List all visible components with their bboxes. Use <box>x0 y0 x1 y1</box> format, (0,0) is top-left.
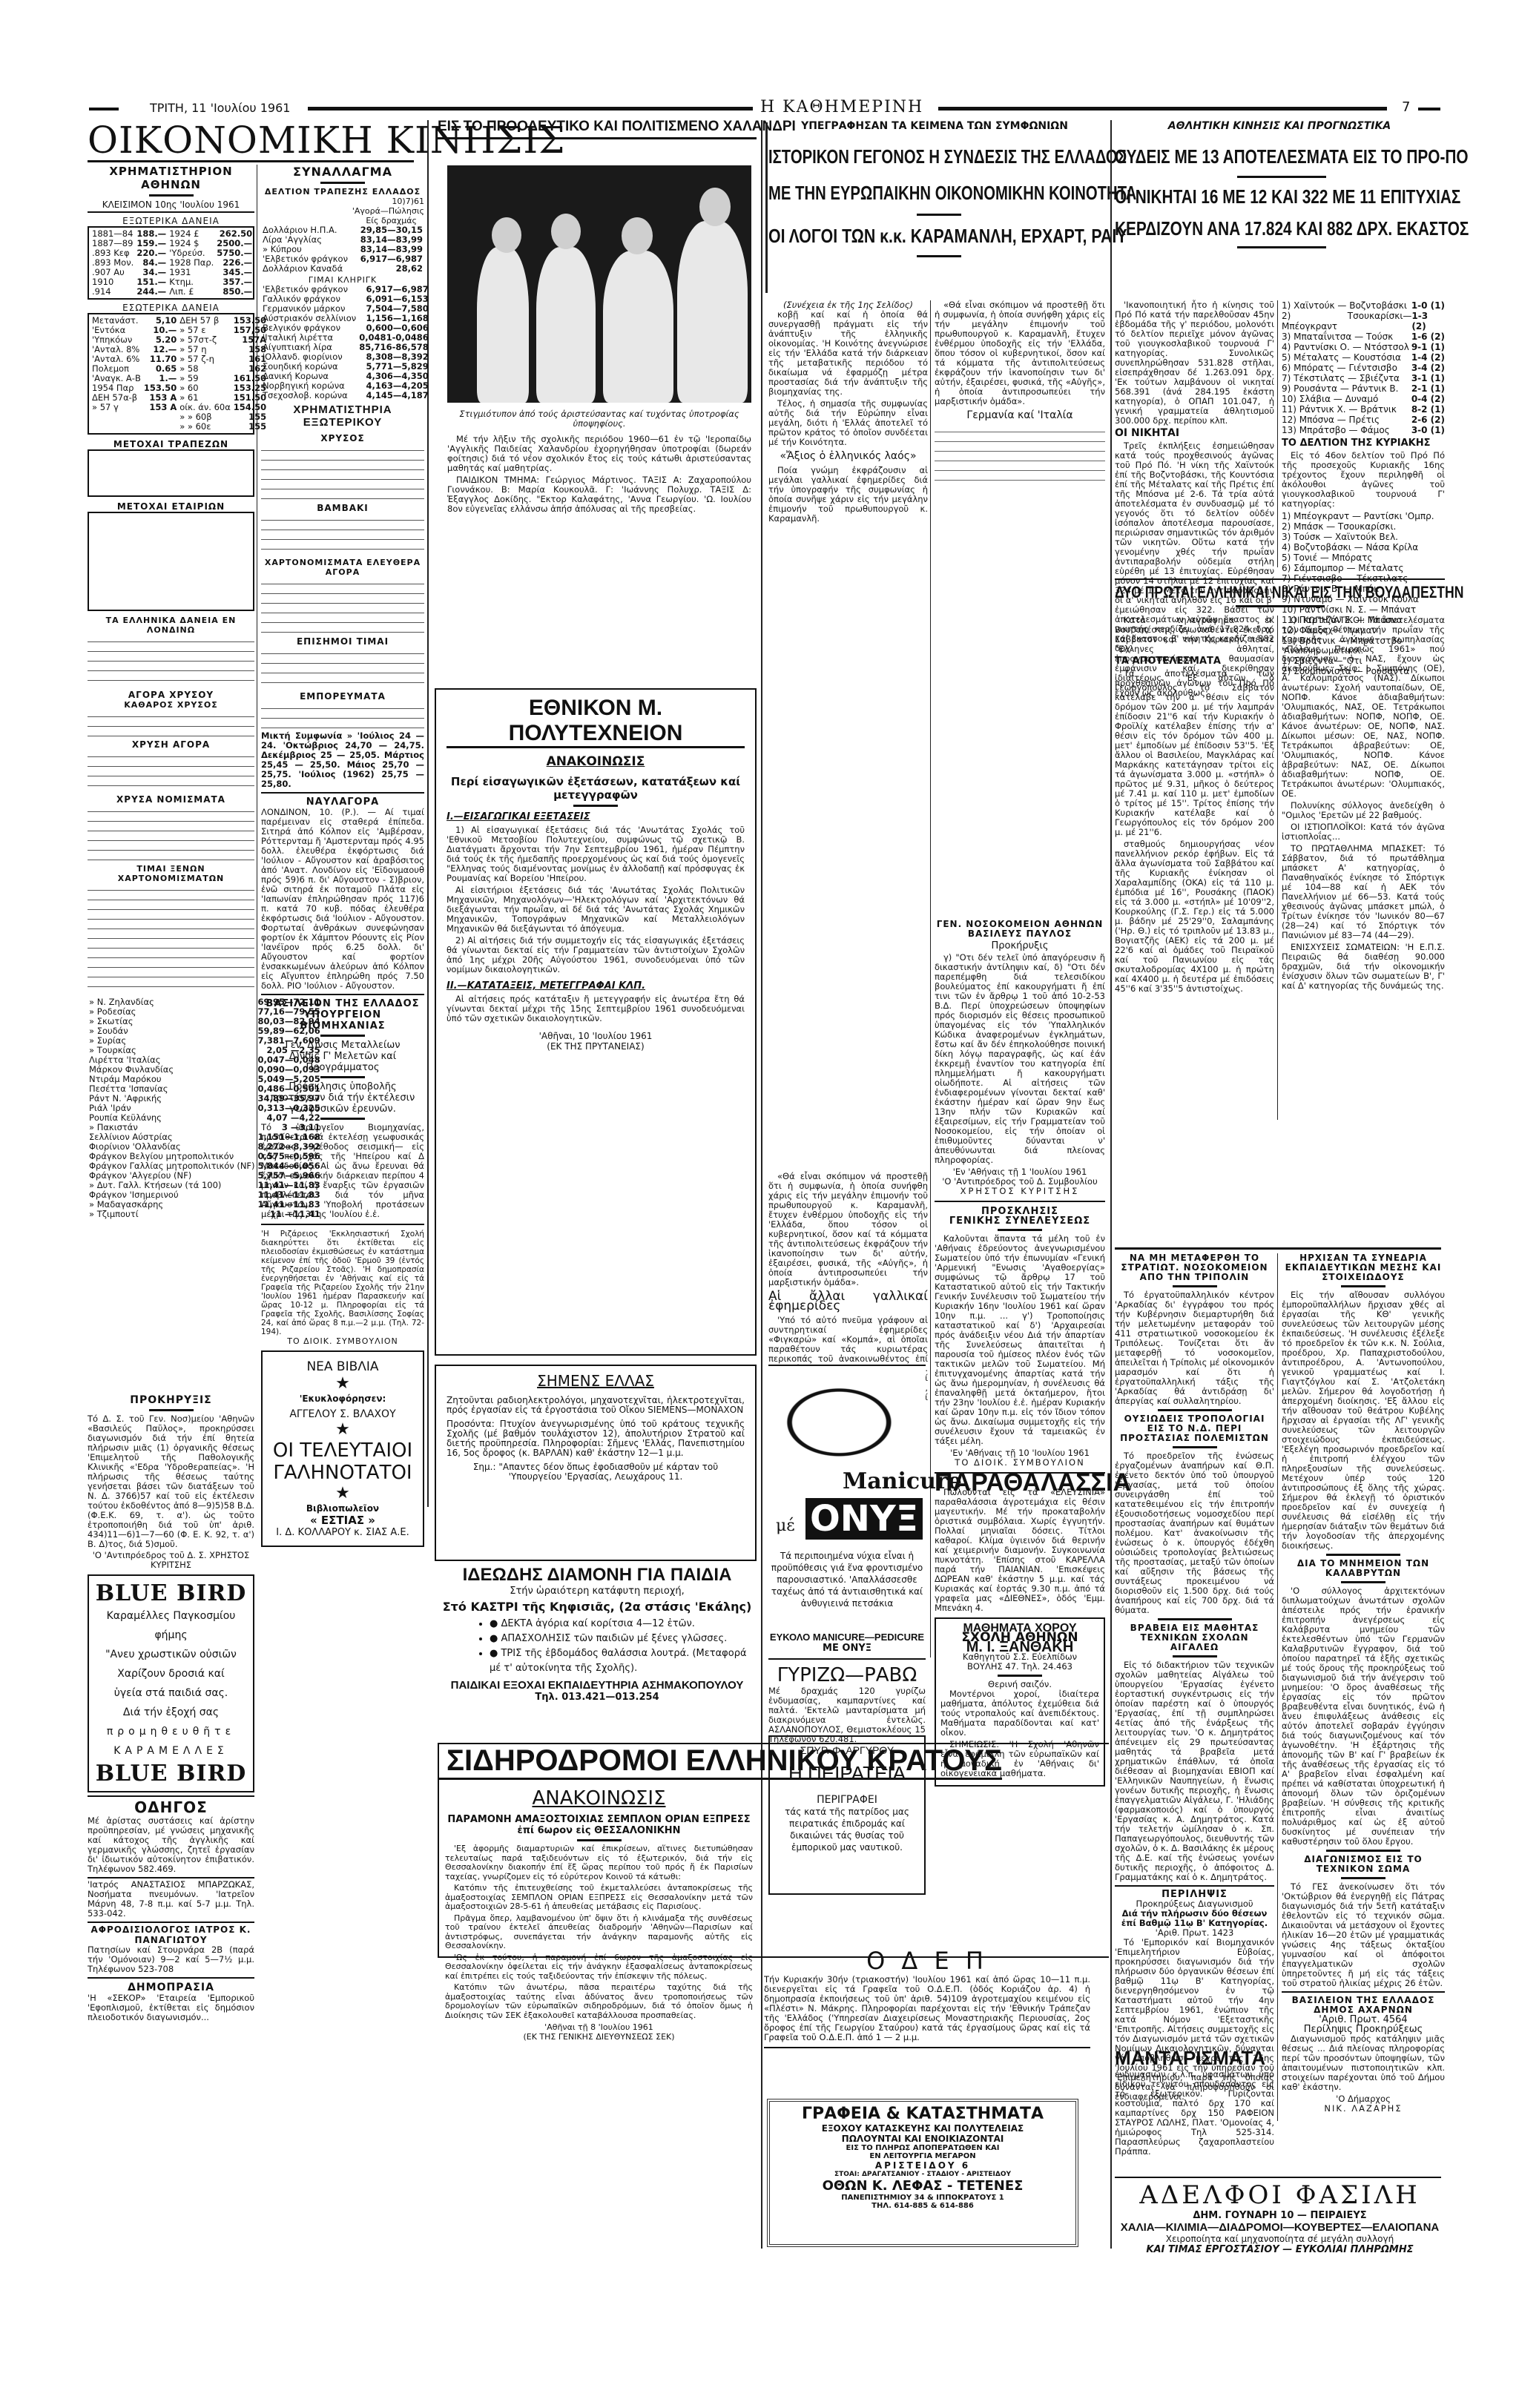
treaty-para-4: «Θά εἶναι σκόπιμον νά προστεθῇ ὅτι ἡ συμ… <box>935 300 1105 406</box>
railways-para-4: 'Ως ἐκ τούτου, ἡ παραμονή ἐπί 6ωρον τῆς … <box>445 1953 753 1982</box>
bluebird-line: "Ανευ χρωστικῶν οὐσιῶν <box>92 1645 250 1664</box>
right-lower-left: ΝΑ ΜΗ ΜΕΤΑΦΕΡΘΗ ΤΟ ΣΤΡΑΤΙΩΤ. ΝΟΣΟΚΟΜΕΙΟΝ… <box>1115 1253 1274 2104</box>
polytechnic-signature: (ΕΚ ΤΗΣ ΠΡΥΤΑΝΕΙΑΣ) <box>447 1041 745 1052</box>
proclamation-signature: 'Ο 'Αντιπρόεδρος τοῦ Δ. Σ. ΧΡΗΣΤΟΣ ΚΥΡΙΤ… <box>88 1551 254 1570</box>
treaty-headline-1: ΙΣΤΟΡΙΚΟΝ ΓΕΓΟΝΟΣ Η ΣΥΝΔΕΣΙΣ ΤΗΣ ΕΛΛΑΔΟΣ <box>768 145 1035 168</box>
table-row: Δολλάριον Καναδά28,62 <box>261 264 424 274</box>
treaty-quote: «Θά εἶναι σκόπιμον νά προστεθῇ ὅτι ἡ συμ… <box>768 1172 928 1287</box>
match-result: 6) Μπόρατς — Γιέντσισβο3-4 (2) <box>1282 363 1445 373</box>
seaside-body: Πωλοῦνται εἰς τά «ΕΛΕΥΣΙΝΙΑ» παραθαλάσσι… <box>935 1488 1105 1613</box>
club-subsidies: ΕΝΙΣΧΥΣΕΙΣ ΣΩΜΑΤΕΙΩΝ: 'Η Ε.Π.Σ. Πειραιῶς… <box>1282 943 1445 991</box>
polytechnic-para-2: Αἱ εἰσιτήριοι ἐξετάσεις διά τάς 'Ανωτάτα… <box>447 885 745 934</box>
fasili-footer: ΚΑΙ ΤΙΜΑΣ ΕΡΓΟΣΤΑΣΙΟΥ — ΕΥΚΟΛΙΑΙ ΠΛΗΡΩΜΗ… <box>1115 2244 1445 2255</box>
sailing-results: ΟΙ ΙΣΤΙΟΠΛΟΪΚΟΙ: Κατά τόν ἀγῶνα ἱστιοπλο… <box>1282 822 1445 842</box>
polytechnic-title: ΕΘΝΙΚΟΝ Μ. ΠΟΛΥΤΕΧΝΕΙΟΝ <box>447 696 745 748</box>
book-title-line-1: ΟΙ ΤΕΛΕΥΤΑΙΟΙ <box>266 1439 420 1462</box>
closing-date: ΚΛΕΙΣΙΜΟΝ 10ης 'Ιουλίου 1961 <box>88 199 254 213</box>
budapest-headline: ΔΥΟ ΠΡΩΤΑΙ ΕΛΛΗΝΙΚΑΙ ΝΙΚΑΙ ΕΙΣ ΤΗΝ ΒΟΥΔΑ… <box>1115 583 1379 602</box>
treaty-para-1: κοβῇ καί καί ἡ ὁποία θά συνεργασθῇ πράγμ… <box>768 310 928 397</box>
match-result: 11) Ράντνικ Χ. — Βράτνικ8-2 (1) <box>1282 404 1445 415</box>
treaty-headline-2: ΜΕ ΤΗΝ ΕΥΡΩΠΑΙΚΗΝ ΟΙΚΟΝΟΜΙΚΗΝ ΚΟΙΝΟΤΗΤΑ <box>768 182 1035 205</box>
ministry-title: ΥΠΟΥΡΓΕΙΟΝ ΒΙΟΜΗΧΑΝΙΑΣ <box>261 1009 424 1032</box>
treaty-subhead-germany: Γερμανία καί 'Ιταλία <box>935 411 1105 420</box>
siemens-para-2: Προσόντα: Πτυχίον ἀνεγνωρισμένης ὑπό τοῦ… <box>447 1419 745 1458</box>
polytechnic-para-1: 1) Αἱ εἰσαγωγικαί ἐξετάσεις διά τάς 'Ανω… <box>447 825 745 883</box>
book-author: ΑΓΓΕΛΟΥ Σ. ΒΛΑΧΟΥ <box>266 1408 420 1420</box>
chalandri-photo <box>447 165 751 403</box>
camp-feature: ΑΠΑΣΧΟΛΗΣΙΣ τῶν παιδιῶν μέ ξένες γλῶσσες… <box>490 1632 757 1646</box>
hospital-body: γ) "Οτι δέν τελεῖ ὑπό ἀπαγόρευσιν ἤ δικα… <box>935 953 1105 1165</box>
coupon-match: 5) Τονιέ — Μπόρατς <box>1282 552 1445 563</box>
camp-features: ΔΕΚΤΑ ἀγόρια καί κορίτσια 4—12 ἐτῶν.ΑΠΑΣ… <box>438 1617 757 1676</box>
chalandri-names: ΠΑΙΔΙΚΟΝ ΤΜΗΜΑ: Γεώργιος Μάρτινος. ΤΑΞΙΣ… <box>447 475 751 514</box>
internal-loans-title: ΕΣΩΤΕΡΙΚΑ ΔΑΝΕΙΑ <box>88 303 254 313</box>
tech-corps-body: Τό ΓΕΣ ἀνεκοίνωσεν ὅτι τόν 'Οκτώβριον θά… <box>1282 1882 1445 1988</box>
hospital-signatory-name: ΧΡΗΣΤΟΣ ΚΥΡΙΤΣΗΣ <box>935 1187 1105 1196</box>
camp-feature: ΤΡΙΣ τῆς ἑβδομάδος θαλάσσια λουτρά. (Μετ… <box>490 1646 757 1676</box>
bluebird-line: προμηθευθῆτε <box>92 1722 250 1741</box>
polytechnic-date: 'Αθῆναι, 10 'Ιουλίου 1961 <box>447 1031 745 1041</box>
children-camp-ad: ΙΔΕΩΔΗΣ ΔΙΑΜΟΝΗ ΓΙΑ ΠΑΙΔΙΑ Στήν ὡραιότερ… <box>438 1565 757 1703</box>
mantarismata-title: ΜΑΝΤΑΡΙΣΜΑΤΑ <box>1115 2047 1274 2070</box>
bluebird-line: Διά τήν ἐξοχή σας <box>92 1703 250 1722</box>
railways-para-2: Κατόπιν τῆς ἐπιτευχθείσης τοῦ ἐκμεταλλεύ… <box>445 1884 753 1912</box>
offices-contact-address: ΠΑΝΕΠΙΣΤΗΜΙΟΥ 34 & ΙΠΠΟΚΡΑΤΟΥΣ 1 <box>773 2194 1072 2202</box>
manicure-body: Τά περιποιημένα νύχια εἶναι ἡ προϋπόθεσι… <box>768 1550 926 1609</box>
propo-intro: 'Ικανοποιητική ἦτο ἡ κίνησις τοῦ Πρό Πό … <box>1115 300 1274 426</box>
coupon-match: 6) Σάμπομπορ — Μέταλατς <box>1282 563 1445 573</box>
pure-gold-title: ΚΑΘΑΡΟΣ ΧΡΥΣΟΣ <box>88 700 254 710</box>
sports-headline-2: ΟΙ ΝΙΚΗΤΑΙ 16 ΜΕ 12 ΚΑΙ 322 ΜΕ 11 ΕΠΙΤΥΧ… <box>1115 185 1382 208</box>
tailor-title: ΓΥΡΙΖΩ—ΡΑΒΩ <box>768 1664 926 1686</box>
polytechnic-section-1: Ι.—ΕΙΣΑΓΩΓΙΚΑΙ ΕΞΕΤΑΣΕΙΣ <box>447 811 745 822</box>
offices-line-3: ΕΙΣ ΤΟ ΠΛΗΡΩΣ ΑΠΟΠΕΡΑΤΩΘΕΝ ΚΑΙ <box>773 2144 1072 2152</box>
auction-title: ΔΗΜΟΠΡΑΣΙΑ <box>88 1982 254 1993</box>
proclamation-body: Τό Δ. Σ. τοῦ Γεν. Νοσ)μείου 'Αθηνῶν «Βασ… <box>88 1414 254 1549</box>
fasili-title: ΑΔΕΛΦΟΙ ΦΑΣΙΛΗ <box>1115 2180 1445 2210</box>
match-results-list: 1) Χαϊντούκ — Βοζντοβάσκι1-0 (1)2) Τσουκ… <box>1282 300 1445 435</box>
right-lower-right: ΗΡΧΙΣΑΝ ΤΑ ΣΥΝΕΔΡΙΑ ΕΚΠΑΙΔΕΥΤΙΚΩΝ ΜΕΣΗΣ … <box>1282 1253 1445 2114</box>
piracy-body: τάς κατά τῆς πατρίδος μας πειρατικάς ἐπι… <box>774 1806 920 1853</box>
hospital-notice: ΓΕΝ. ΝΟΣΟΚΟΜΕΙΟΝ ΑΘΗΝΩΝ ΒΑΣΙΛΕΥΣ ΠΑΥΛΟΣ … <box>935 920 1105 1787</box>
new-books-ad: ΝΕΑ ΒΙΒΛΙΑ ★ 'Εκυκλοφόρησεν: ΑΓΓΕΛΟΥ Σ. … <box>261 1350 424 1547</box>
memorial-title: ΔΙΑ ΤΟ ΜΝΗΜΕΙΟΝ ΤΩΝ ΚΑΛΑΒΡΥΤΩΝ <box>1282 1559 1445 1578</box>
treaty-body-2: «Θά εἶναι σκόπιμον νά προστεθῇ ὅτι ἡ συμ… <box>935 300 1105 484</box>
bluebird-line: Χαρίζουν δροσιά καί <box>92 1664 250 1683</box>
budapest-para-1: Κατά τηλεγράφημα ἐκ Βουδαπέστης, ἀγωνισθ… <box>1115 616 1274 837</box>
odep-notice: Ο Δ Ε Π Τήν Κυριακήν 30ήν (τριακοστήν) '… <box>764 1947 1090 2053</box>
railways-subtitle-1: ΠΑΡΑΜΟΝΗ ΑΜΑΞΟΣΤΟΙΧΙΑΣ ΣΕΜΠΛΟΝ ΟΡΙΑΝ ΕΞΠ… <box>445 1814 753 1825</box>
buy-sell-header: 'Αγορά—Πώλησις <box>261 206 424 216</box>
offices-phone: ΤΗΛ. 614-885 & 614-886 <box>773 2202 1072 2210</box>
classified-ad-body: 'Ιατρός ΑΝΑΣΤΑΣΙΟΣ ΜΠΑΡΖΩΚΑΣ, Νοσήματα π… <box>88 1880 254 1919</box>
london-loans-title: ΤΑ ΕΛΛΗΝΙΚΑ ΔΑΝΕΙΑ ΕΝ ΛΟΝΔΙΝΩ <box>88 616 254 635</box>
cotton-title: ΒΑΜΒΑΚΙ <box>261 503 424 513</box>
offices-address: ΑΡΙΣΤΕΙΔΟΥ 6 <box>773 2160 1072 2171</box>
camp-subtitle: Στήν ὡραιότερη κατάφυτη περιοχή, <box>438 1586 757 1597</box>
treaty-para-3: Ποία γνώμη ἐκφράζουσιν αἱ μεγάλαι γαλλικ… <box>768 466 928 524</box>
offices-line-1: ΕΞΟΧΟΥ ΚΑΤΑΣΚΕΥΗΣ ΚΑΙ ΠΟΛΥΤΕΛΕΙΑΣ <box>773 2123 1072 2134</box>
commodities-title: ΕΜΠΟΡΕΥΜΑΤΑ <box>261 691 424 702</box>
coupon-match: 3) Τούσκ — Χαϊντούκ Βελ. <box>1282 532 1445 542</box>
polytechnic-para-3: 2) Αἱ αἰτήσεις διά τήν συμμετοχήν εἰς τά… <box>447 936 745 974</box>
match-result: 1) Χαϊντούκ — Βοζντοβάσκι1-0 (1) <box>1282 300 1445 311</box>
railways-para-5: Κατόπιν τῶν ἀνωτέρω, πᾶσα περαιτέρω ταχύ… <box>445 1983 753 2020</box>
match-result: 3) Μπαταΐνιτσα — Τούσκ1-6 (2) <box>1282 331 1445 342</box>
memorial-body: 'Ο σύλλογος ἀρχιτεκτόνων διπλωματούχων ἀ… <box>1282 1586 1445 1847</box>
bluebird-brand: BLUE BIRD <box>92 1580 250 1606</box>
chalandri-article: ΕΙΣ ΤΟ ΠΡΟΟΔΕΥΤΙΚΟ ΚΑΙ ΠΟΛΙΤΙΣΜΕΝΟ ΧΑΛΑΝ… <box>438 119 757 139</box>
railways-announcement: ΑΝΑΚΟΙΝΩΣΙΣ <box>445 1787 753 1810</box>
sports-headline-1: ΟΥΔΕΙΣ ΜΕ 13 ΑΠΟΤΕΛΕΣΜΑΤΑ ΕΙΣ ΤΟ ΠΡΟ-ΠΟ <box>1115 145 1382 168</box>
treaty-subhead-french-press: Αἱ ἄλλαι γαλλικαί ἐφημερίδες <box>768 1292 928 1311</box>
released-label: 'Εκυκλοφόρησεν: <box>266 1393 420 1404</box>
treaty-subhead-quote: «Ἄξιος ὁ ἑλληνικός λαός» <box>768 452 928 461</box>
bluebird-brand-footer: BLUE BIRD <box>92 1761 250 1787</box>
mantarismata-body: ἐνδυμασιῶν κ.λ.π. ὑφασμάτων ὑπό εἰδικοῦ … <box>1115 2070 1274 2157</box>
piracy-verb: ΠΕΡΙΓΡΑΦΕΙ <box>774 1794 920 1806</box>
sports-kicker: ΑΘΛΗΤΙΚΗ ΚΙΝΗΣΙΣ ΚΑΙ ΠΡΟΓΝΩΣΤΙΚΑ <box>1116 120 1443 132</box>
newspaper-name: Η ΚΑΘΗΜΕΡΙΝΗ <box>760 98 923 116</box>
dance-address: ΒΟΥΛΗΣ 47. Τηλ. 24.463 <box>940 1662 1099 1672</box>
budapest-body-2: ΟΙ ΚΩΠΗΛΑΤΙΚΟΙ: Τά ἀποτελέσματα τῶν διεξ… <box>1282 616 1445 993</box>
chalandri-photo-caption: Στιγμιότυπον ἀπό τούς ἀριστεύσαντας καί … <box>447 409 751 429</box>
offices-title: ΓΡΑΦΕΙΑ & ΚΑΤΑΣΤΗΜΑΤΑ <box>773 2105 1072 2123</box>
hospital-subtitle: ΒΑΣΙΛΕΥΣ ΠΑΥΛΟΣ <box>935 929 1105 939</box>
piracy-book-ad: ΣΠΥΡ. Φ. ΑΡΓΥΡΟΥ Η ΠΕΙΡΑΤΕΙΑ ΠΕΡΙΓΡΑΦΕΙ … <box>768 1735 926 1895</box>
coupon-title: ΤΟ ΔΕΛΤΙΟΝ ΤΗΣ ΚΥΡΙΑΚΗΣ <box>1282 438 1445 448</box>
winners-title: ΟΙ ΝΙΚΗΤΑΙ <box>1115 429 1274 438</box>
railways-subtitle-2: ἐπί 6ωρον εἰς ΘΕΣΣΑΛΟΝΙΚΗΝ <box>445 1825 753 1836</box>
masthead: ΤΡΙΤΗ, 11 'Ιουλίου 1961 Η ΚΑΘΗΜΕΡΙΝΗ 7 <box>89 101 1446 117</box>
bulletin-date: 10)7)61 <box>261 197 424 206</box>
military-hospital-title: ΝΑ ΜΗ ΜΕΤΑΦΕΡΘΗ ΤΟ ΣΤΡΑΤΙΩΤ. ΝΟΣΟΚΟΜΕΙΟΝ… <box>1115 1253 1274 1282</box>
gold-coins-title: ΧΡΥΣΑ ΝΟΜΙΣΜΑΤΑ <box>88 794 254 805</box>
awards-title: ΒΡΑΒΕΙΑ ΕΙΣ ΜΑΘΗΤΑΣ ΤΕΧΝΙΚΩΝ ΣΧΟΛΩΝ ΑΙΓΑ… <box>1115 1623 1274 1652</box>
fasili-ad: ΑΔΕΛΦΟΙ ΦΑΣΙΛΗ ΔΗΜ. ΓΟΥΝΑΡΗ 10 — ΠΕΙΡΑΙΕ… <box>1115 2180 1445 2255</box>
bluebird-line: ΚΑΡΑΜΕΛΛΕΣ <box>92 1741 250 1761</box>
stock-exchange-title: ΧΡΗΜΑΤΙΣΤΗΡΙΟΝ ΑΘΗΝΩΝ <box>88 165 254 191</box>
paper-money-title: ΧΑΡΤΟΝΟΜΙΣΜΑΤΑ ΕΛΕΥΘΕΡΑ ΑΓΟΡΑ <box>261 558 424 577</box>
book-title-line-2: ΓΑΛΗΝΟΤΑΤΟΙ <box>266 1462 420 1484</box>
odep-title: Ο Δ Ε Π <box>764 1947 1090 1975</box>
railways-para-3: Πρᾶγμα ὅπερ, λαμβανομένου ὑπ' ὄψιν ὅτι ἡ… <box>445 1914 753 1951</box>
railways-date: 'Αθῆναι τῇ 8 'Ιουλίου 1961 <box>445 2022 753 2032</box>
summary-positions: Διά τήν πλήρωσιν δύο θέσεων ἐπί Βαθμῷ 11… <box>1115 1909 1274 1928</box>
match-result: 4) Ραντνίσκι Ο. — Ντόστσολ9-1 (1) <box>1282 342 1445 352</box>
internal-loans-table: Μετανάστ.5,10ΔΕΗ 57 β153.50'Εντόκα10.—» … <box>90 316 268 432</box>
treaty-para-2: Τέλος, ἡ σημασία τῆς συμφωνίας αὐτῆς διά… <box>768 399 928 447</box>
acharnes-name: ΝΙΚ. ΛΑΖΑΡΗΣ <box>1282 2104 1445 2114</box>
camp-location: Στό ΚΑΣΤΡΙ τῆς Κηφισιᾶς, (2α στάσις 'Εκά… <box>438 1600 757 1614</box>
offices-owner: ΟΘΩΝ Κ. ΛΕΦΑΣ - ΤΕΤΕΝΕΣ <box>773 2178 1072 2194</box>
odep-body: Τήν Κυριακήν 30ήν (τριακοστήν) 'Ιουλίου … <box>764 1975 1090 2042</box>
match-result: 5) Μέταλατς — Κουστόσια1-4 (2) <box>1282 352 1445 363</box>
match-result: 12) Μπόσνα — Πρέτις2-6 (2) <box>1282 415 1445 425</box>
polytechnic-subtitle: Περί εἰσαγωγικῶν ἐξετάσεων, κατατάξεων κ… <box>447 775 745 802</box>
onyx-brand: ΟΝΥΞ <box>805 1498 923 1540</box>
coupon-match: 2) Μπάσκ — Τσουκαρίσκι. <box>1282 521 1445 532</box>
ministry-kingdom-title: ΒΑΣΙΛΕΙΟΝ ΤΗΣ ΕΛΛΑΔΟΣ <box>261 998 424 1009</box>
classified-ad: ΑΦΡΟΔΙΣΙΟΛΟΓΟΣ ΙΑΤΡΟΣ Κ. ΠΑΝΑΓΙΩΤΟΥΠατησ… <box>88 1922 254 1974</box>
budapest-body: Κατά τηλεγράφημα ἐκ Βουδαπέστης, ἀγωνισθ… <box>1115 616 1274 996</box>
manicure-ad: Manicure μέ ΟΝΥΞ Τά περιποιημένα νύχια ε… <box>768 1365 926 1624</box>
teachers-congress-body: Εἰς τήν αἴθουσαν συλλόγου ἐμποροϋπαλλήλω… <box>1282 1290 1445 1551</box>
match-result: 10) Σλάβια — Δυναμό0-4 (2) <box>1282 394 1445 404</box>
external-loans-title: ΕΞΩΤΕΡΙΚΑ ΔΑΝΕΙΑ <box>88 216 254 226</box>
offices-line-4: ΕΝ ΛΕΙΤΟΥΡΓΙΑ ΜΕΓΑΡΟΝ <box>773 2152 1072 2160</box>
bookstore-name: « ΕΣΤΙΑΣ » <box>266 1514 420 1527</box>
railways-signature: (ΕΚ ΤΗΣ ΓΕΝΙΚΗΣ ΔΙΕΥΘΥΝΣΕΩΣ ΣΕΚ) <box>445 2032 753 2042</box>
match-result: 7) Τέκστιλατς — Σβιέζντα3-1 (1) <box>1282 373 1445 383</box>
bank-shares-title: ΜΕΤΟΧΑΙ ΤΡΑΠΕΖΩΝ <box>88 439 254 449</box>
bank-bulletin-title: ΔΕΛΤΙΟΝ ΤΡΑΠΕΖΗΣ ΕΛΛΑΔΟΣ <box>261 187 424 197</box>
classified-ad-title: ΑΦΡΟΔΙΣΙΟΛΟΓΟΣ ΙΑΤΡΟΣ Κ. ΠΑΝΑΓΙΩΤΟΥ <box>88 1924 254 1945</box>
auction-body: 'Η «ΣΕΚΟΡ» 'Εταιρεία 'Εμπορικοῦ 'Εφοπλισ… <box>88 1993 254 2022</box>
chalandri-headline: ΕΙΣ ΤΟ ΠΡΟΟΔΕΥΤΙΚΟ ΚΑΙ ΠΟΛΙΤΙΣΜΕΝΟ ΧΑΛΑΝ… <box>438 119 757 139</box>
coupon-match: 4) Βοζντοβάσκι — Νάσα Κρίλα <box>1282 542 1445 552</box>
acharnes-body: Διαγωνισμοῦ πρός κατάληψιν μιᾶς θέσεως .… <box>1282 2034 1445 2092</box>
classified-ad-title: ΟΔΗΓΟΣ <box>88 1798 254 1816</box>
treaty-body: (Συνέχεια ἐκ τῆς 1ης Σελίδος) κοβῇ καί κ… <box>768 300 928 526</box>
siemens-title: ΣΗΜΕΝΣ ΕΛΛΑΣ <box>447 1372 745 1390</box>
classified-ad-body: Μέ ἀρίστας συστάσεις καί ἀρίστην προϋπηρ… <box>88 1816 254 1874</box>
assembly-signature: ΤΟ ΔΙΟΙΚ. ΣΥΜΒΟΥΛΙΟΝ <box>935 1458 1105 1468</box>
star-icon: ★ <box>266 1374 420 1393</box>
siemens-note: Σημ.: "Απαντες δέον ὅπως ἐφοδιασθοῦν μέ … <box>447 1462 745 1482</box>
star-icon: ★ <box>266 1484 420 1503</box>
rowing-results: ΟΙ ΚΩΠΗΛΑΤΙΚΟΙ: Τά ἀποτελέσματα τῶν διεξ… <box>1282 616 1445 799</box>
siemens-ad: ΣΗΜΕΝΣ ΕΛΛΑΣ Ζητοῦνται ραδιοηλεκτρολόγοι… <box>435 1365 757 1561</box>
fasili-subtitle: Χειροποίητα καί μηχανοποίητα σέ μεγάλη σ… <box>1115 2234 1445 2244</box>
camp-school-name: ΠΑΙΔΙΚΑΙ ΕΞΟΧΑΙ ΕΚΠΑΙΔΕΥΤΗΡΙΑ ΑΣΗΜΑΚΟΠΟΥ… <box>438 1679 757 1692</box>
rizarios-notice: 'Η Ριζάρειος 'Εκκλησιαστική Σχολή διακηρ… <box>261 1230 424 1336</box>
offices-arcades: ΣΤΟΑΙ: ΔΡΑΓΑΤΣΑΝΙΟΥ - ΣΤΑΔΙΟΥ - ΑΡΙΣΤΕΙΔ… <box>773 2171 1072 2178</box>
new-books-title: ΝΕΑ ΒΙΒΛΙΑ <box>266 1359 420 1374</box>
classified-ad-body: Πατησίων καί Στουρνάρα 2Β (παρά τήν 'Ομό… <box>88 1945 254 1974</box>
table-row: Τσεχοσλοβ. κορώνα4,145—4,187 <box>261 391 430 400</box>
company-shares-title: ΜΕΤΟΧΑΙ ΕΤΑΙΡΙΩΝ <box>88 501 254 512</box>
dance-school-ad: ΜΑΘΗΜΑΤΑ ΧΟΡΟΥ ΣΧΟΛΗ ΑΘΗΝΩΝ Μ. Ι. ΞΑΝΘΑΚ… <box>935 1617 1105 1787</box>
sports-headline-3: ΚΕΡΔΙΖΟΥΝ ΑΝΑ 17.824 ΚΑΙ 882 ΔΡΧ. ΕΚΑΣΤΟ… <box>1115 217 1382 240</box>
fasili-products: ΧΑΛΙΑ—ΚΙΛΙΜΙΑ—ΔΙΑΔΡΟΜΟΙ—ΚΟΥΒΕΡΤΕΣ—ΕΛΑΙΟΠ… <box>1115 2221 1445 2234</box>
classified-ad: ΟΔΗΓΟΣΜέ ἀρίστας συστάσεις καί ἀρίστην π… <box>88 1795 254 1874</box>
page-number: 7 <box>1402 99 1410 115</box>
camp-feature: ΔΕΚΤΑ ἀγόρια καί κορίτσια 4—12 ἐτῶν. <box>490 1617 757 1632</box>
manicure-slogan-2: ΜΕ ΟΝΥΞ <box>768 1643 926 1654</box>
offices-line-2: ΠΩΛΟΥΝΤΑΙ ΚΑΙ ΕΝΟΙΚΙΑΖΟΝΤΑΙ <box>773 2134 1072 2144</box>
left-lower-column: ΠΡΟΚΗΡΥΞΙΣ Τό Δ. Σ. τοῦ Γεν. Νοσ)μείου '… <box>88 1394 254 2022</box>
assembly-body: Καλοῦνται ἅπαντα τά μέλη τοῦ ἐν 'Αθήναις… <box>935 1234 1105 1446</box>
woman-illustration <box>768 1365 926 1468</box>
bluebird-line: Καραμέλλες Παγκοσμίου φήμης <box>92 1606 250 1645</box>
teachers-congress-title: ΗΡΧΙΣΑΝ ΤΑ ΣΥΝΕΔΡΙΑ ΕΚΠΑΙΔΕΥΤΙΚΩΝ ΜΕΣΗΣ … <box>1282 1253 1445 1282</box>
coupon-match: 1) Μπέογκραντ — Ραντίσκι 'Ομπρ. <box>1282 511 1445 521</box>
polytechnic-notice: ΕΘΝΙΚΟΝ Μ. ΠΟΛΥΤΕΧΝΕΙΟΝ ΑΝΑΚΟΙΝΩΣΙΣ Περί… <box>435 688 757 1356</box>
assembly-title-2: ΓΕΝΙΚΗΣ ΣΥΝΕΛΕΥΣΕΩΣ <box>935 1216 1105 1226</box>
offices-ad: ΓΡΑΦΕΙΑ & ΚΑΤΑΣΤΗΜΑΤΑ ΕΞΟΧΟΥ ΚΑΤΑΣΚΕΥΗΣ … <box>767 2099 1078 2247</box>
bookstore-label: Βιβλιοπωλεῖον <box>266 1503 420 1514</box>
budapest-article: ΔΥΟ ΠΡΩΤΑΙ ΕΛΛΗΝΙΚΑΙ ΝΙΚΑΙ ΕΙΣ ΤΗΝ ΒΟΥΔΑ… <box>1115 578 1445 610</box>
match-result: 9) Ρουσάντα — Ράντνικ Β.2-1 (1) <box>1282 383 1445 394</box>
star-icon: ★ <box>266 1420 420 1439</box>
freight-market-title: ΝΑΥΛΑΓΟΡΑ <box>261 796 424 808</box>
official-rates-title: ΕΠΙΣΗΜΟΙ ΤΙΜΑΙ <box>261 636 424 647</box>
exchange-rates: ΣΥΝΑΛΛΑΓΜΑ ΔΕΛΤΙΟΝ ΤΡΑΠΕΖΗΣ ΕΛΛΑΔΟΣ 10)7… <box>261 165 424 1547</box>
military-hospital-body: Τό ἐργατοϋπαλληλικόν κέντρον 'Αρκαδίας δ… <box>1115 1290 1274 1406</box>
treaty-headlines: ΙΣΤΟΡΙΚΟΝ ΓΕΓΟΝΟΣ Η ΣΥΝΔΕΣΙΣ ΤΗΣ ΕΛΛΑΔΟΣ… <box>768 145 1110 265</box>
camp-phone: Τηλ. 013.421—013.254 <box>438 1692 757 1703</box>
chalandri-body: Μέ τήν λῆξιν τῆς σχολικῆς περιόδου 1960—… <box>447 435 751 473</box>
manicure-prefix: μέ <box>776 1517 795 1535</box>
gold-market-title: ΑΓΟΡΑ ΧΡΥΣΟΥ <box>88 690 254 700</box>
railways-para-1: 'Εξ ἀφορμῆς διαμαρτυριῶν καί ἐπικρίσεων,… <box>445 1844 753 1881</box>
basketball-results: ΤΟ ΠΡΩΤΑΘΛΗΜΑ ΜΠΑΣΚΕΤ: Τό Σάββατον, διά … <box>1282 844 1445 940</box>
manicure-word: Manicure <box>843 1468 962 1494</box>
dance-note: ΣΗΜΕΙΩΣΙΣ: 'Η Σχολή 'Αθηνῶν εἶναι ἐφάμιλ… <box>940 1740 1099 1778</box>
gold-title: ΧΡΥΣΟΣ <box>261 433 424 443</box>
table-row: » » 60ε155 <box>90 422 268 432</box>
mantarismata-ad: ΜΑΝΤΑΡΙΣΜΑΤΑ ἐνδυμασιῶν κ.λ.π. ὑφασμάτων… <box>1115 2047 1274 2157</box>
polytechnic-announcement: ΑΝΑΚΟΙΝΩΣΙΣ <box>447 754 745 769</box>
bluebird-lines: Καραμέλλες Παγκοσμίου φήμης"Ανευ χρωστικ… <box>92 1606 250 1761</box>
dance-body: Μοντέρνοι χοροί, ἰδιαίτερα μαθήματα, ἀπό… <box>940 1689 1099 1738</box>
match-result: 2) Τσουκαρίσκι—Μπέογκραντ1-3 (2) <box>1282 311 1445 331</box>
rizarios-signature: ΤΟ ΔΙΟΙΚ. ΣΥΜΒΟΥΛΙΟΝ <box>261 1336 424 1346</box>
treaty-kicker: ΥΠΕΓΡΑΦΗΣΑΝ ΤΑ ΚΕΙΜΕΝΑ ΤΩΝ ΣΥΜΦΩΝΙΩΝ <box>771 120 1098 132</box>
table-row: .914244.—Λιπ. £850.— <box>90 287 254 297</box>
ministry-body: Τό ὑπουργεῖον Βιομηχανίας, προτίθεται νά… <box>261 1123 424 1219</box>
rowing-winner: Πολυνίκης σύλλογος ἀνεδείχθη ὁ "Ομιλος '… <box>1282 801 1445 820</box>
camp-title: ΙΔΕΩΔΗΣ ΔΙΑΜΟΝΗ ΓΙΑ ΠΑΙΔΙΑ <box>438 1565 757 1586</box>
fx-rates-table: Δολλάριον Η.Π.Α.29,85—30,15Λίρα 'Αγγλίας… <box>261 225 424 274</box>
futures-text: Μικτή Συμφωνία » 'Ιούλιος 24 — 24. 'Οκτώ… <box>261 731 424 789</box>
ministry-division: Δ)νσις Γ' Μελετῶν καί Προγράμματος <box>261 1051 424 1073</box>
amendments-body: Τό προεδρεῖον τῆς ἑνώσεως ἐργαζομένων ἀν… <box>1115 1451 1274 1615</box>
awards-body: Εἰς τό διδακτήριον τῶν τεχνικῶν σχολῶν μ… <box>1115 1660 1274 1882</box>
foreign-notes-title: ΤΙΜΑΙ ΞΕΝΩΝ ΧΑΡΤΟΝΟΜΙΣΜΑΤΩΝ <box>88 864 254 883</box>
match-result: 13) Μπράτσβο — Φάμος3-0 (1) <box>1282 425 1445 435</box>
hospital-kind: Προκήρυξις <box>935 941 1105 951</box>
polytechnic-para-4: Αἱ αἰτήσεις πρός κατάταξιν ἤ μετεγγραφήν… <box>447 994 745 1023</box>
bluebird-ad: BLUE BIRD Καραμέλλες Παγκοσμίου φήμης"Αν… <box>88 1574 254 1792</box>
classified-ad: 'Ιατρός ΑΝΑΣΤΑΣΙΟΣ ΜΠΑΡΖΩΚΑΣ, Νοσήματα π… <box>88 1877 254 1919</box>
sports-headlines: ΟΥΔΕΙΣ ΜΕ 13 ΑΠΟΤΕΛΕΣΜΑΤΑ ΕΙΣ ΤΟ ΠΡΟ-ΠΟ … <box>1115 145 1449 254</box>
external-loans-table: 1881—84188.—1924 £262.501887—89159.—1924… <box>90 229 254 297</box>
amendments-title: ΟΥΣΙΩΔΕΙΣ ΤΡΟΠΟΛΟΓΙΑΙ ΕΙΣ ΤΟ Ν.Δ. ΠΕΡΙ Π… <box>1115 1414 1274 1443</box>
manicure-slogan: ΕΥΚΟΛΟ MANICURE—PEDICURE <box>768 1632 926 1643</box>
polytechnic-section-2: ΙΙ.—ΚΑΤΑΤΑΞΕΙΣ, ΜΕΤΕΓΓΡΑΦΑΙ ΚΛΠ. <box>447 980 745 992</box>
foreign-exchanges-title: ΧΡΗΜΑΤΙΣΤΗΡΙΑ ΕΞΩΤΕΡΙΚΟΥ <box>261 403 424 429</box>
fasili-address: ΔΗΜ. ΓΟΥΝΑΡΗ 10 — ΠΕΙΡΑΙΕΥΣ <box>1115 2210 1445 2221</box>
freight-market-text: ΛΟΝΔΙΝΟΝ, 10. (Ρ.). — Αί τιμαί παρέμεινα… <box>261 808 424 991</box>
publisher-name: Ι. Δ. ΚΟΛΛΑΡΟΥ κ. ΣΙΑΣ Α.Ε. <box>266 1527 420 1538</box>
siemens-para-1: Ζητοῦνται ραδιοηλεκτρολόγοι, μηχανοτεχνῖ… <box>447 1396 745 1415</box>
athletics-results: σταθμούς δημιουργήσας νέον πανελλήνιον ρ… <box>1115 839 1274 994</box>
stock-exchange: ΧΡΗΜΑΤΙΣΤΗΡΙΟΝ ΑΘΗΝΩΝ ΚΛΕΙΣΙΜΟΝ 10ης 'Ιο… <box>88 165 254 1219</box>
classified-ads: ΟΔΗΓΟΣΜέ ἀρίστας συστάσεις καί ἀρίστην π… <box>88 1795 254 1974</box>
gold-trade-title: ΧΡΥΣΗ ΑΓΟΡΑ <box>88 739 254 750</box>
clearing-rates-table: 'Ελβετικόν φράγκον6,917—6,987Γαλλικόν φρ… <box>261 285 430 400</box>
piracy-author: ΣΠΥΡ. Φ. ΑΡΓΥΡΟΥ <box>774 1744 920 1756</box>
piracy-title: Η ΠΕΙΡΑΤΕΙΑ <box>774 1762 920 1785</box>
treaty-headline-3: ΟΙ ΛΟΓΟΙ ΤΩΝ κ.κ. ΚΑΡΑΜΑΝΛΗ, ΕΡΧΑΡΤ, ΡΑΙ… <box>768 225 1048 248</box>
exchange-title: ΣΥΝΑΛΛΑΓΜΑ <box>261 165 424 179</box>
ministry-department: Γεν. Δ)νσις Μεταλλείων <box>261 1040 424 1051</box>
tech-corps-title: ΔΙΑΓΩΝΙΣΜΟΣ ΕΙΣ ΤΟ ΤΕΧΝΙΚΟΝ ΣΩΜΑ <box>1282 1855 1445 1874</box>
issue-date: ΤΡΙΤΗ, 11 'Ιουλίου 1961 <box>150 101 290 115</box>
proclamation-title: ΠΡΟΚΗΡΥΞΙΣ <box>88 1394 254 1406</box>
coupon-intro: Εἰς τό 46ον δελτίον τοῦ Πρό Πό τῆς προσε… <box>1282 451 1445 509</box>
ministry-invitation: Πρόσκλησις ὑποβολῆς προτάσεων διά τήν ἐκ… <box>261 1081 424 1115</box>
bluebird-line: ὑγεία στά παιδιά σας. <box>92 1683 250 1703</box>
